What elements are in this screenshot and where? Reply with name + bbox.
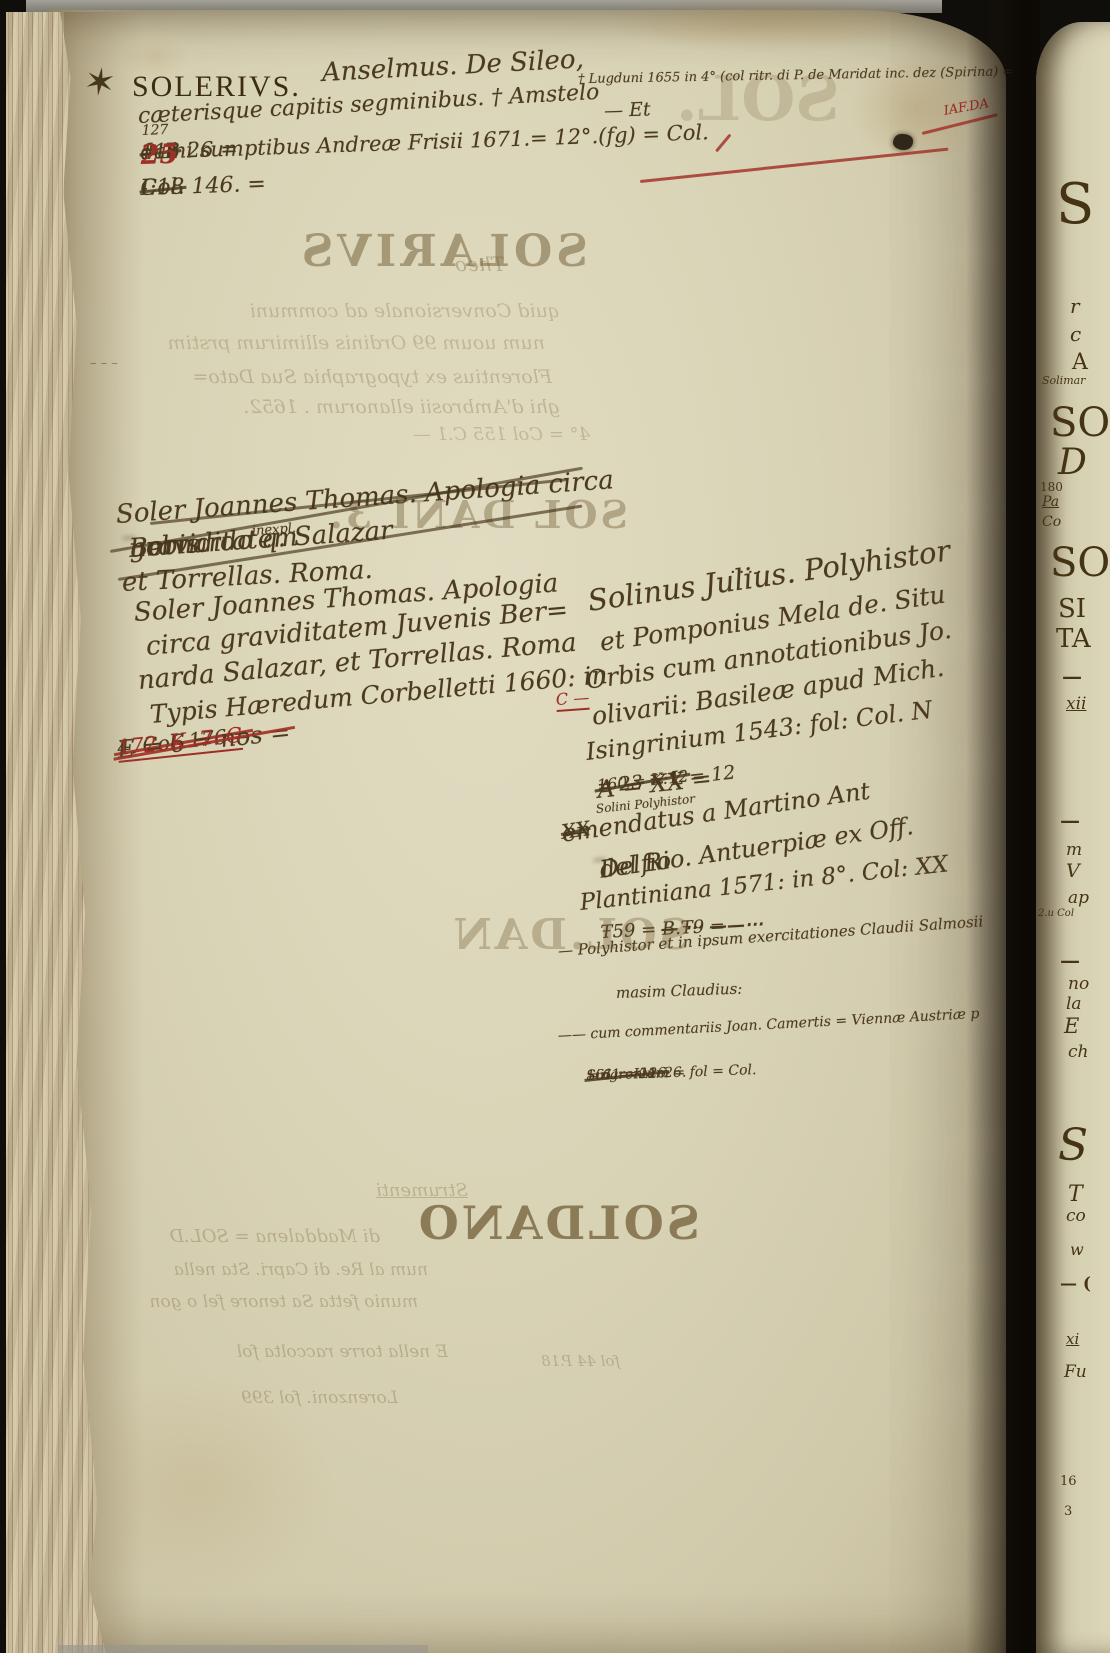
next-page-text-fragment: T bbox=[1068, 1182, 1083, 1207]
margin-dash-mark: – – – bbox=[90, 356, 118, 371]
bleedthrough-text: fol 44 P.18 bbox=[541, 1352, 620, 1370]
bleedthrough-text: Lorenzoni. fol 399 bbox=[241, 1388, 398, 1408]
next-page-text-fragment: SO bbox=[1050, 400, 1110, 446]
ink-blot bbox=[893, 134, 913, 150]
next-page-text-fragment: c bbox=[1070, 322, 1081, 346]
bleedthrough-text: di Maddalena = SOL.D bbox=[170, 1226, 380, 1247]
next-page-text-fragment: S bbox=[1056, 172, 1094, 237]
bleedthrough-text: 4° = Col 155 C.1 — bbox=[413, 424, 590, 445]
entry-solerius-title: Anselmus. De Sileo, bbox=[321, 44, 584, 88]
next-page-text-fragment: SI bbox=[1058, 594, 1086, 624]
next-page-text-fragment: w bbox=[1070, 1240, 1084, 1259]
entry-solerius-red-number: 25 bbox=[140, 139, 179, 171]
manuscript-right-page-sliver: SrcASolimarSOD180PaCoSOSITA—xii—mVap2.u … bbox=[1036, 22, 1110, 1653]
bleedthrough-text: SOL. bbox=[676, 62, 840, 135]
bleedthrough-text: num uoum 99 Ordinis ellimirum prstim bbox=[168, 332, 545, 354]
entry-solinus-sub3-line1: —— cum commentariis Joan. Camertis = Vie… bbox=[558, 1006, 980, 1044]
bleedthrough-text: quid Conversionale ad communi bbox=[250, 300, 560, 322]
bleedthrough-text: Florentius ex typographia Sua Dato= bbox=[192, 366, 552, 388]
next-page-text-fragment: S bbox=[1058, 1120, 1088, 1171]
next-page-text-fragment: ch bbox=[1068, 1042, 1088, 1062]
next-page-text-fragment: Fu bbox=[1064, 1362, 1087, 1382]
red-underline-small bbox=[922, 113, 998, 134]
bleedthrough-text: SOL.DAN bbox=[451, 910, 690, 959]
sub3-post: = 61 = M. 26. bbox=[586, 1065, 687, 1084]
next-page-text-fragment: 3 bbox=[1064, 1504, 1072, 1519]
next-page-text-fragment: — bbox=[1062, 664, 1082, 688]
bleedthrough-text: SOLARIVS bbox=[298, 226, 588, 277]
next-page-text-fragment: no bbox=[1068, 974, 1089, 994]
next-page-text-fragment: xii bbox=[1066, 694, 1086, 714]
next-page-text-fragment: — bbox=[1060, 948, 1080, 972]
entry-solerius-star-mark: ✶ bbox=[81, 58, 119, 106]
next-page-text-fragment: ap bbox=[1068, 888, 1089, 908]
next-page-text-fragment: TA bbox=[1056, 624, 1091, 654]
bleedthrough-text: SOLDANO bbox=[416, 1196, 700, 1250]
next-page-text-fragment: D bbox=[1058, 442, 1087, 483]
manuscript-page-content: ✶ SOLERIVS. Anselmus. De Sileo, † Lugdun… bbox=[0, 0, 1110, 1653]
next-page-text-fragment: SO bbox=[1050, 540, 1110, 586]
next-page-text-fragment: V bbox=[1066, 860, 1080, 882]
next-page-text-fragment: r bbox=[1070, 294, 1080, 318]
next-page-text-fragment: 2.u Col bbox=[1038, 908, 1074, 919]
next-page-text-fragment: — bbox=[1060, 808, 1080, 832]
entry-solinus-margin-red: C — bbox=[555, 688, 590, 712]
entry-solinus-sub2-line2: masim Claudius: bbox=[616, 980, 743, 1002]
red-underline-flourish bbox=[640, 148, 949, 183]
next-page-text-fragment: m bbox=[1066, 840, 1082, 860]
next-page-text-fragment: Solimar bbox=[1042, 374, 1085, 387]
next-page-text-fragment: 16 bbox=[1060, 1474, 1077, 1489]
entry-solerius-line4-post: - bbox=[140, 176, 148, 201]
next-page-text-fragment: xi bbox=[1066, 1330, 1079, 1348]
next-page-text-fragment: E bbox=[1064, 1014, 1079, 1038]
next-page-text-fragment: A bbox=[1072, 350, 1088, 375]
red-slash bbox=[715, 134, 731, 152]
next-page-text-fragment: la bbox=[1066, 994, 1082, 1014]
next-page-text-fragment: Co bbox=[1042, 514, 1061, 530]
bleedthrough-text: num al Re. di Capri. Sta nella bbox=[174, 1260, 428, 1280]
bleedthrough-text: munio fetta Sa tenore fel o gon bbox=[150, 1292, 418, 1312]
bleedthrough-text: ghi d'Ambrosii ellanorum . 1652. bbox=[243, 396, 560, 418]
scanner-bed-edge-bottom bbox=[58, 1645, 428, 1653]
bleedthrough-text: Theo bbox=[455, 252, 505, 276]
entry-solerius-et-note: — Et bbox=[604, 98, 651, 122]
next-page-text-fragment: Pa bbox=[1042, 494, 1059, 510]
bleedthrough-text: E nella torre raccolta fol bbox=[237, 1342, 448, 1362]
next-page-text-fragment: 180 bbox=[1040, 480, 1063, 494]
next-page-text-fragment: — ( bbox=[1060, 1274, 1091, 1294]
next-page-text-fragment: co bbox=[1066, 1206, 1086, 1226]
corrected-number: 127 bbox=[141, 122, 168, 139]
open-manuscript-book-scan: ✶ SOLERIVS. Anselmus. De Sileo, † Lugdun… bbox=[0, 0, 1110, 1653]
entry-solerius-annotation-red: IAF.DA bbox=[943, 96, 990, 119]
